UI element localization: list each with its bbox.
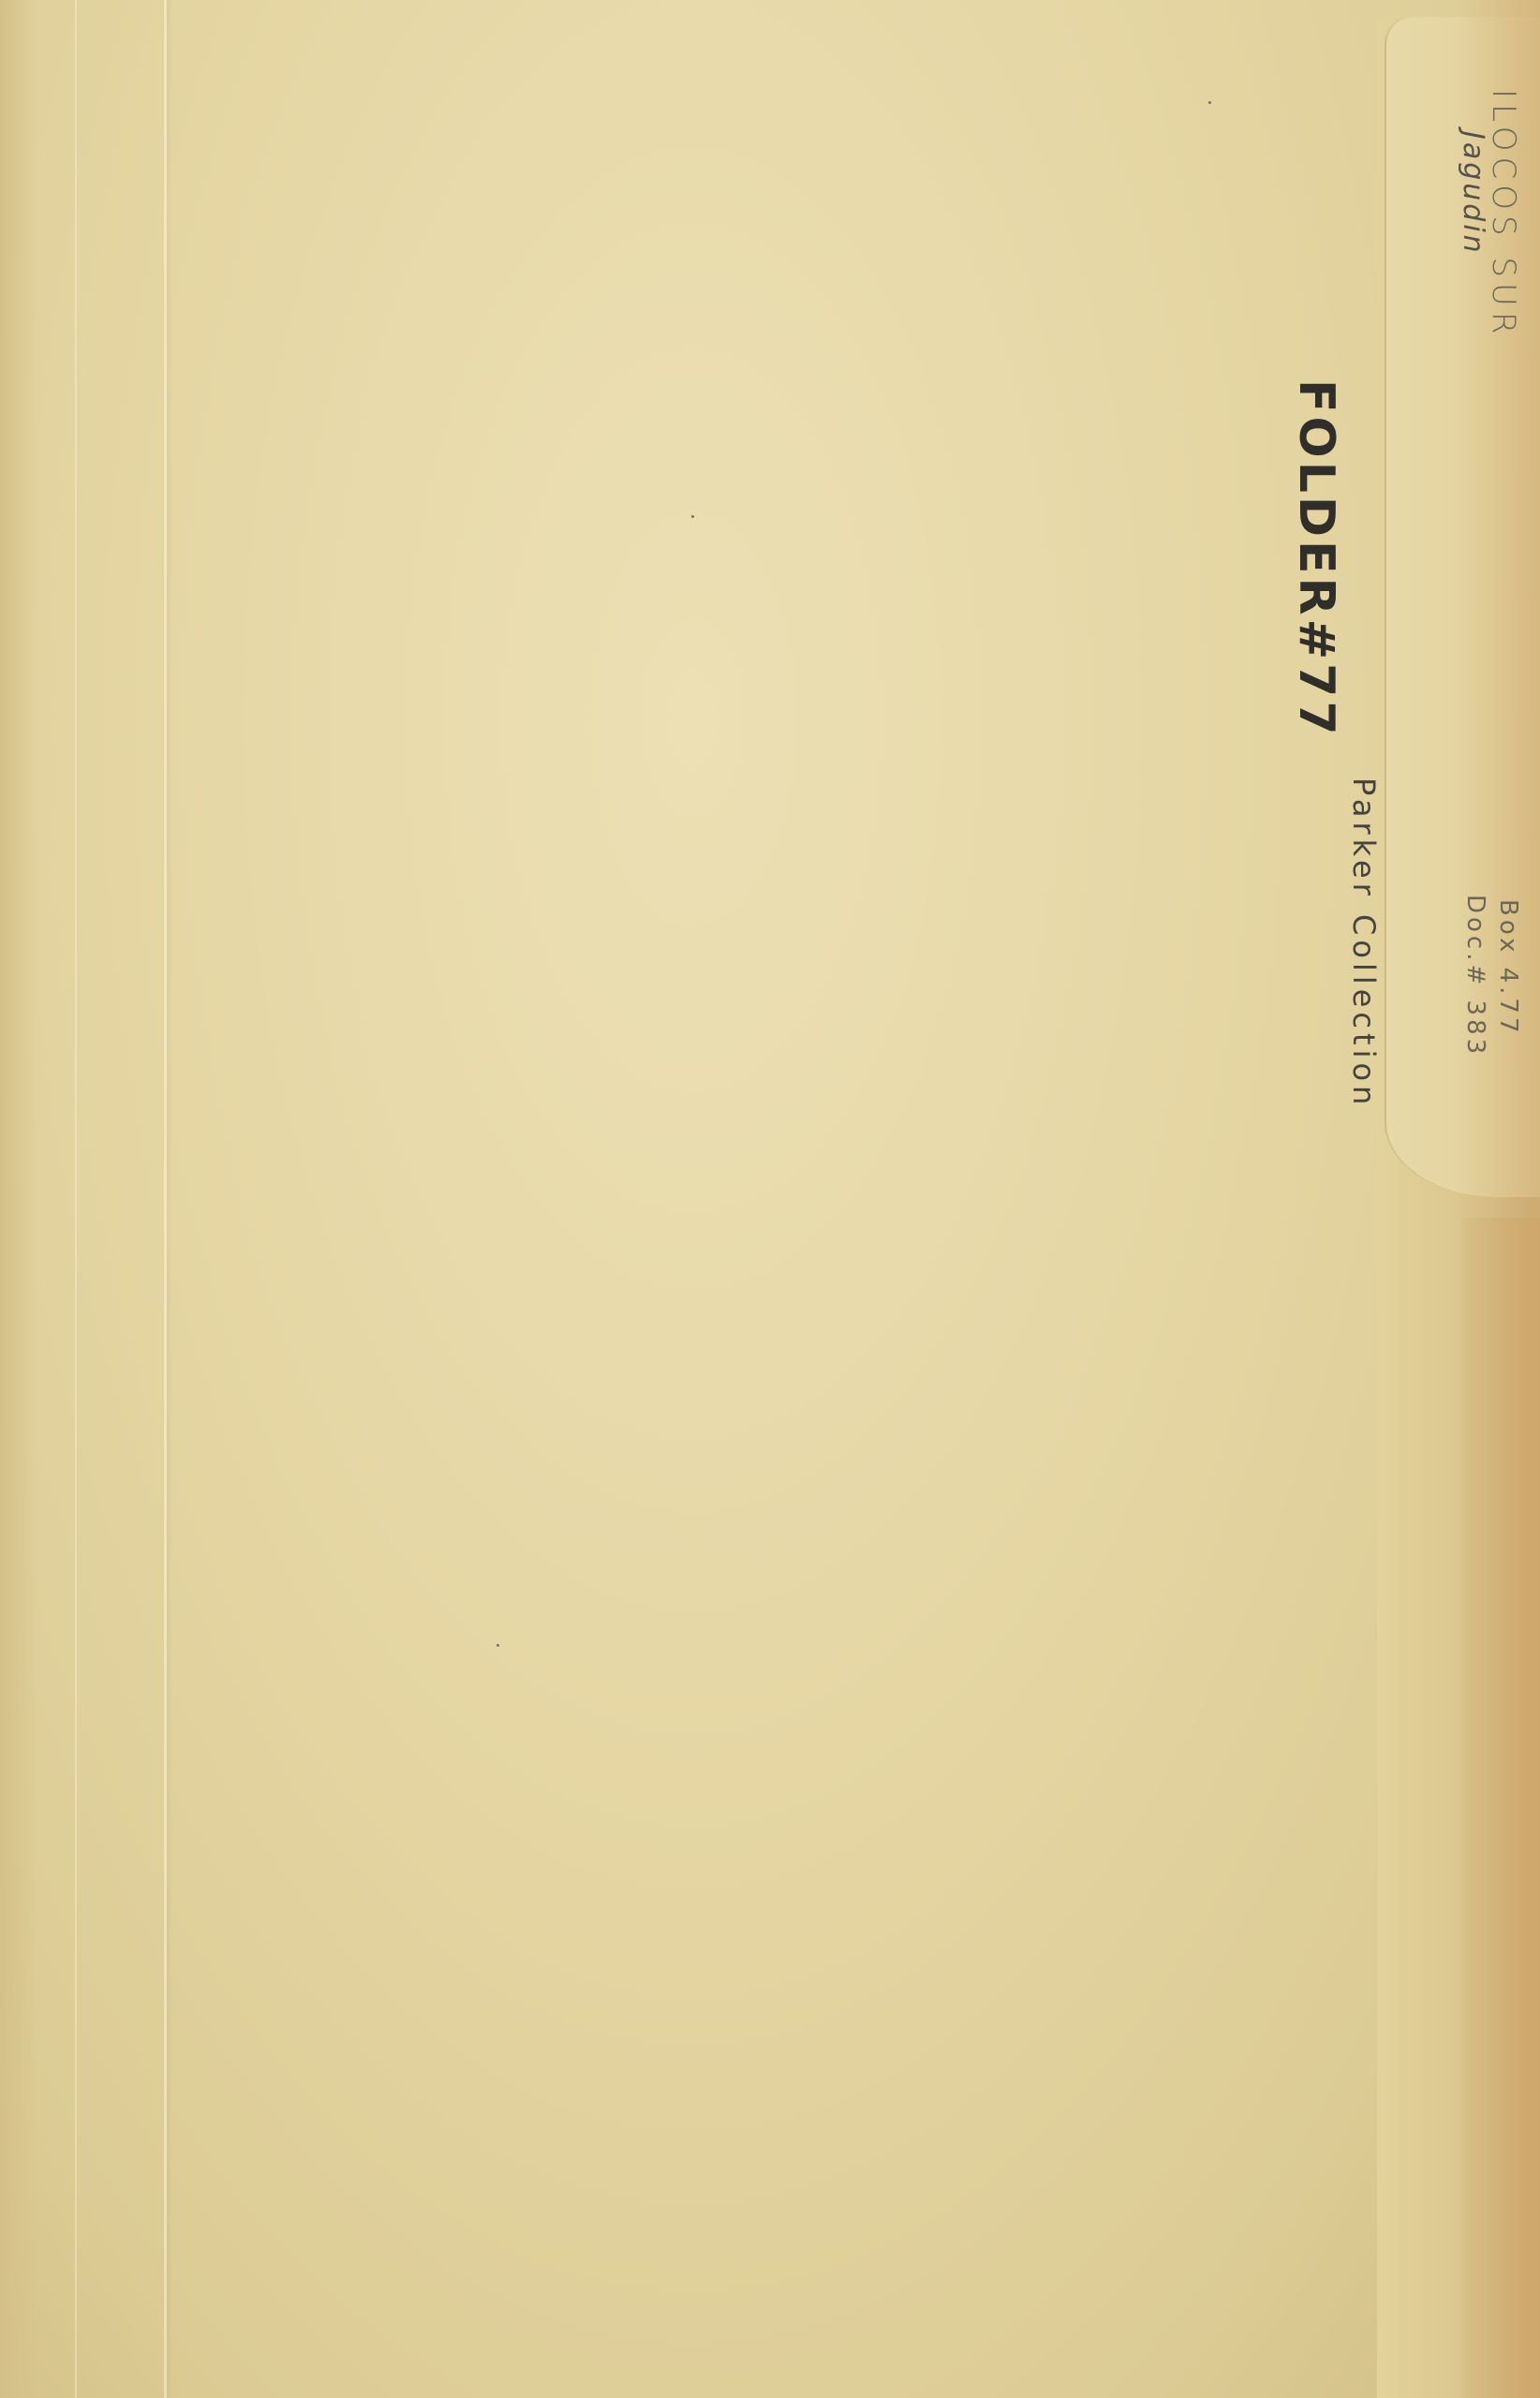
doc-number-annotation: Doc.# 383	[1461, 895, 1489, 1058]
folder-right-shadow	[1456, 0, 1540, 2398]
town-annotation: Jagudin	[1457, 131, 1489, 256]
box-number-annotation: Box 4.77	[1494, 899, 1522, 1037]
folder-cover: ILOCOS SUR Jagudin FOLDER#77 Parker Coll…	[0, 0, 1540, 2398]
paper-speck	[496, 1644, 499, 1647]
folder-left-edge	[0, 0, 37, 2398]
paper-speck	[691, 515, 694, 518]
folder-crease	[75, 0, 77, 2398]
folder-number-label: FOLDER#77	[1288, 379, 1344, 739]
paper-speck	[1208, 101, 1211, 104]
folder-crease	[164, 0, 167, 2398]
region-annotation: ILOCOS SUR	[1485, 89, 1522, 340]
collection-annotation: Parker Collection	[1346, 777, 1382, 1109]
